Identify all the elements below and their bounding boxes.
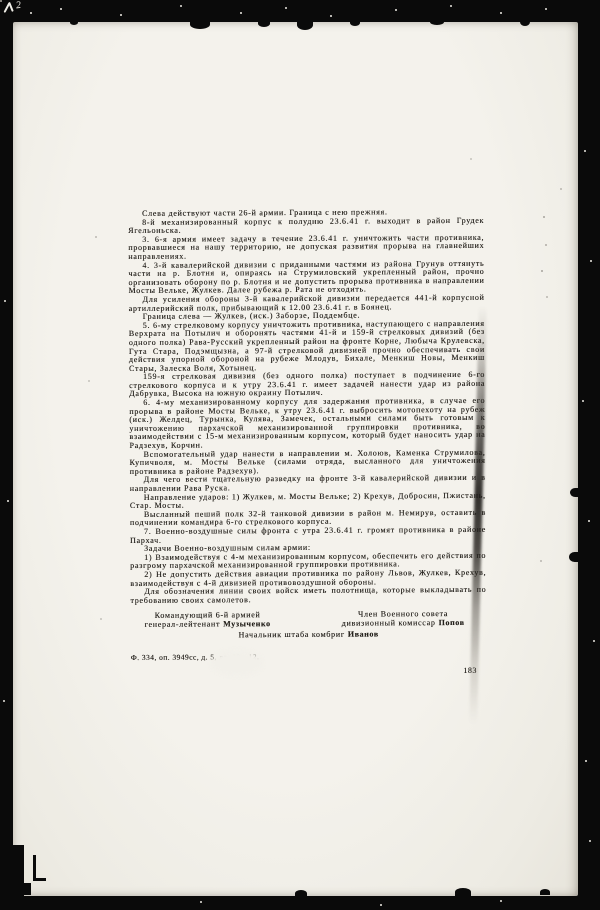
- handwritten-corner-note: 2: [15, 0, 21, 11]
- signature-block: Командующий 6-й армией генерал-лейтенант…: [130, 610, 486, 629]
- scan-border-artifact: [295, 890, 307, 897]
- signature-chief-title: Начальник штаба комбриг: [238, 629, 344, 639]
- signature-commander-rank: генерал-лейтенант: [145, 619, 221, 628]
- scan-speckles-dark: [0, 0, 2, 2]
- handwritten-mark-stroke: [8, 2, 13, 12]
- scan-border-artifact: [70, 20, 78, 25]
- order-paragraph: 5. 6-му стрелковому корпусу уничтожить п…: [129, 320, 485, 374]
- corner-crop-mark: [33, 878, 46, 881]
- signature-chief-name: Иванов: [348, 629, 379, 638]
- page-number: 183: [131, 667, 487, 678]
- signature-chief-of-staff: Начальник штаба комбригИванов: [131, 629, 487, 640]
- order-paragraph: Вспомогательный удар нанести в направлен…: [129, 448, 485, 476]
- order-paragraph: 3. 6-я армия имеет задачу в течение 23.6…: [128, 234, 484, 262]
- scan-border-artifact: [570, 488, 580, 497]
- order-paragraph: 6. 4-му механизированному корпусу для за…: [129, 397, 485, 451]
- scan-border-artifact: [540, 889, 550, 895]
- signature-council-name: Попов: [439, 618, 465, 627]
- scan-border-artifact: [569, 552, 580, 562]
- order-paragraph: Для обозначения линии своих войск иметь …: [130, 586, 486, 605]
- scanned-document-page: Слева действуют части 26-й армии. Границ…: [0, 0, 600, 910]
- order-paragraph: 159-я стрелковая дивизия (без одного пол…: [129, 371, 485, 399]
- signature-council-member: Член Военного совета дивизионный комисса…: [342, 610, 465, 628]
- scan-border-artifact: [258, 20, 270, 27]
- scan-border-artifact: [520, 18, 530, 26]
- scan-white-blot: [211, 650, 263, 676]
- signature-council-rank: дивизионный комиссар: [342, 618, 436, 628]
- signature-commander: Командующий 6-й армией генерал-лейтенант…: [144, 611, 270, 629]
- order-text: Слева действуют части 26-й армии. Границ…: [128, 208, 487, 677]
- signature-commander-name: Музыченко: [223, 619, 271, 628]
- paper-sheet: Слева действуют части 26-й армии. Границ…: [13, 22, 578, 896]
- scan-border-artifact: [0, 845, 24, 897]
- scan-border-artifact: [455, 888, 471, 896]
- signature-commander-rank-name: генерал-лейтенантМузыченко: [145, 620, 271, 629]
- scan-border-artifact: [22, 883, 31, 895]
- signature-council-rank-name: дивизионный комиссарПопов: [342, 619, 465, 628]
- order-paragraph: 4. 3-й кавалерийской дивизии с приданным…: [128, 259, 484, 296]
- archive-reference: Ф. 334, оп. 3949сс, д. 5, лл. 10—12.: [131, 652, 487, 663]
- scan-border-artifact: [350, 20, 360, 26]
- scan-border-artifact: [297, 20, 313, 30]
- scan-border-artifact: [190, 20, 210, 29]
- scan-border-artifact: [430, 19, 444, 25]
